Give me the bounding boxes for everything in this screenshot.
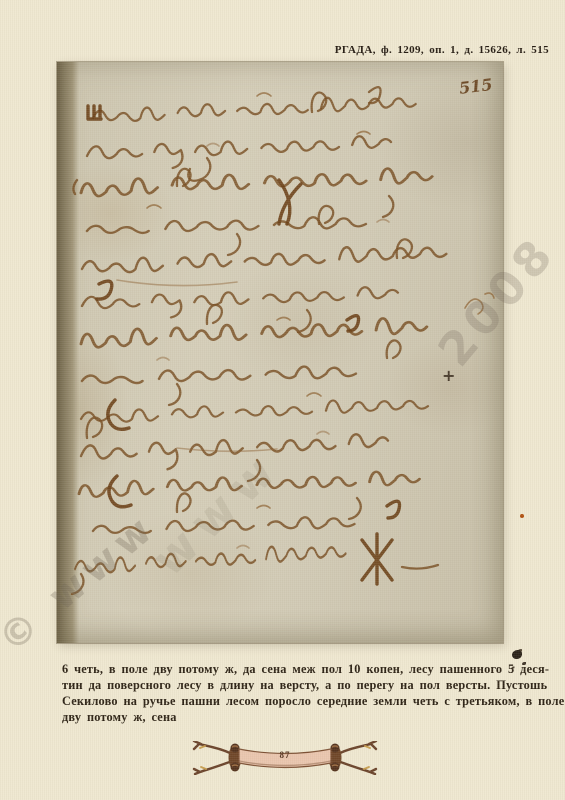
handwriting-flourish: [177, 493, 191, 512]
handwriting-line: [87, 217, 366, 233]
handwriting-flourish: [298, 310, 311, 332]
transcription-line: Секилово на ручье пашни лесом поросло се…: [62, 693, 564, 709]
handwriting-flourish: [387, 501, 400, 518]
archive-citation: РГАДА, ф. 1209, оп. 1, д. 15626, л. 515: [335, 44, 549, 56]
handwriting-flourish: [357, 132, 370, 135]
handwriting-flourish: [307, 393, 321, 396]
transcription-line: дву потому ж, сена: [62, 709, 564, 725]
handwriting-flourish: [117, 280, 237, 286]
handwriting-flourish: [97, 281, 112, 299]
handwriting-line: [79, 472, 419, 497]
handwriting-flourish: [207, 305, 222, 324]
handwriting-line: [82, 247, 446, 272]
handwriting-flourish: [362, 534, 392, 584]
handwriting-line: [82, 287, 398, 317]
rust-speck: [520, 514, 524, 518]
handwriting-line: [81, 400, 428, 421]
handwriting-line: [81, 318, 427, 347]
handwriting-flourish: [279, 180, 301, 224]
transcription-line: тин да поверсного лесу в длину на версту…: [62, 677, 564, 693]
handwriting-flourish: [312, 87, 381, 112]
handwriting-line: [93, 517, 354, 533]
manuscript-scan: 515: [57, 62, 503, 643]
handwriting-flourish: [257, 506, 270, 509]
handwriting-line: [75, 547, 346, 572]
handwriting-line: [81, 169, 432, 197]
manuscript-handwriting: [57, 62, 503, 643]
transcription-block: 6 четь, в поле дву потому ж, да сена меж…: [62, 661, 564, 725]
transcription-line: 6 четь, в поле дву потому ж, да сена меж…: [62, 661, 564, 677]
handwriting-flourish: [147, 205, 161, 208]
ink-blot: [512, 650, 522, 659]
handwriting-flourish: [257, 93, 271, 96]
book-page: РГАДА, ф. 1209, оп. 1, д. 15626, л. 515: [0, 0, 565, 800]
handwriting-line: [87, 136, 391, 168]
page-number: 87: [192, 750, 378, 760]
handwriting-flourish: [349, 498, 361, 519]
handwriting-flourish: [277, 318, 290, 321]
handwriting-line: [93, 98, 416, 121]
handwriting-line: [82, 367, 356, 383]
handwriting-flourish: [88, 106, 101, 119]
margin-cross-mark: +: [442, 366, 455, 385]
margin-scribble: [465, 293, 494, 314]
handwriting-flourish: [188, 158, 210, 181]
